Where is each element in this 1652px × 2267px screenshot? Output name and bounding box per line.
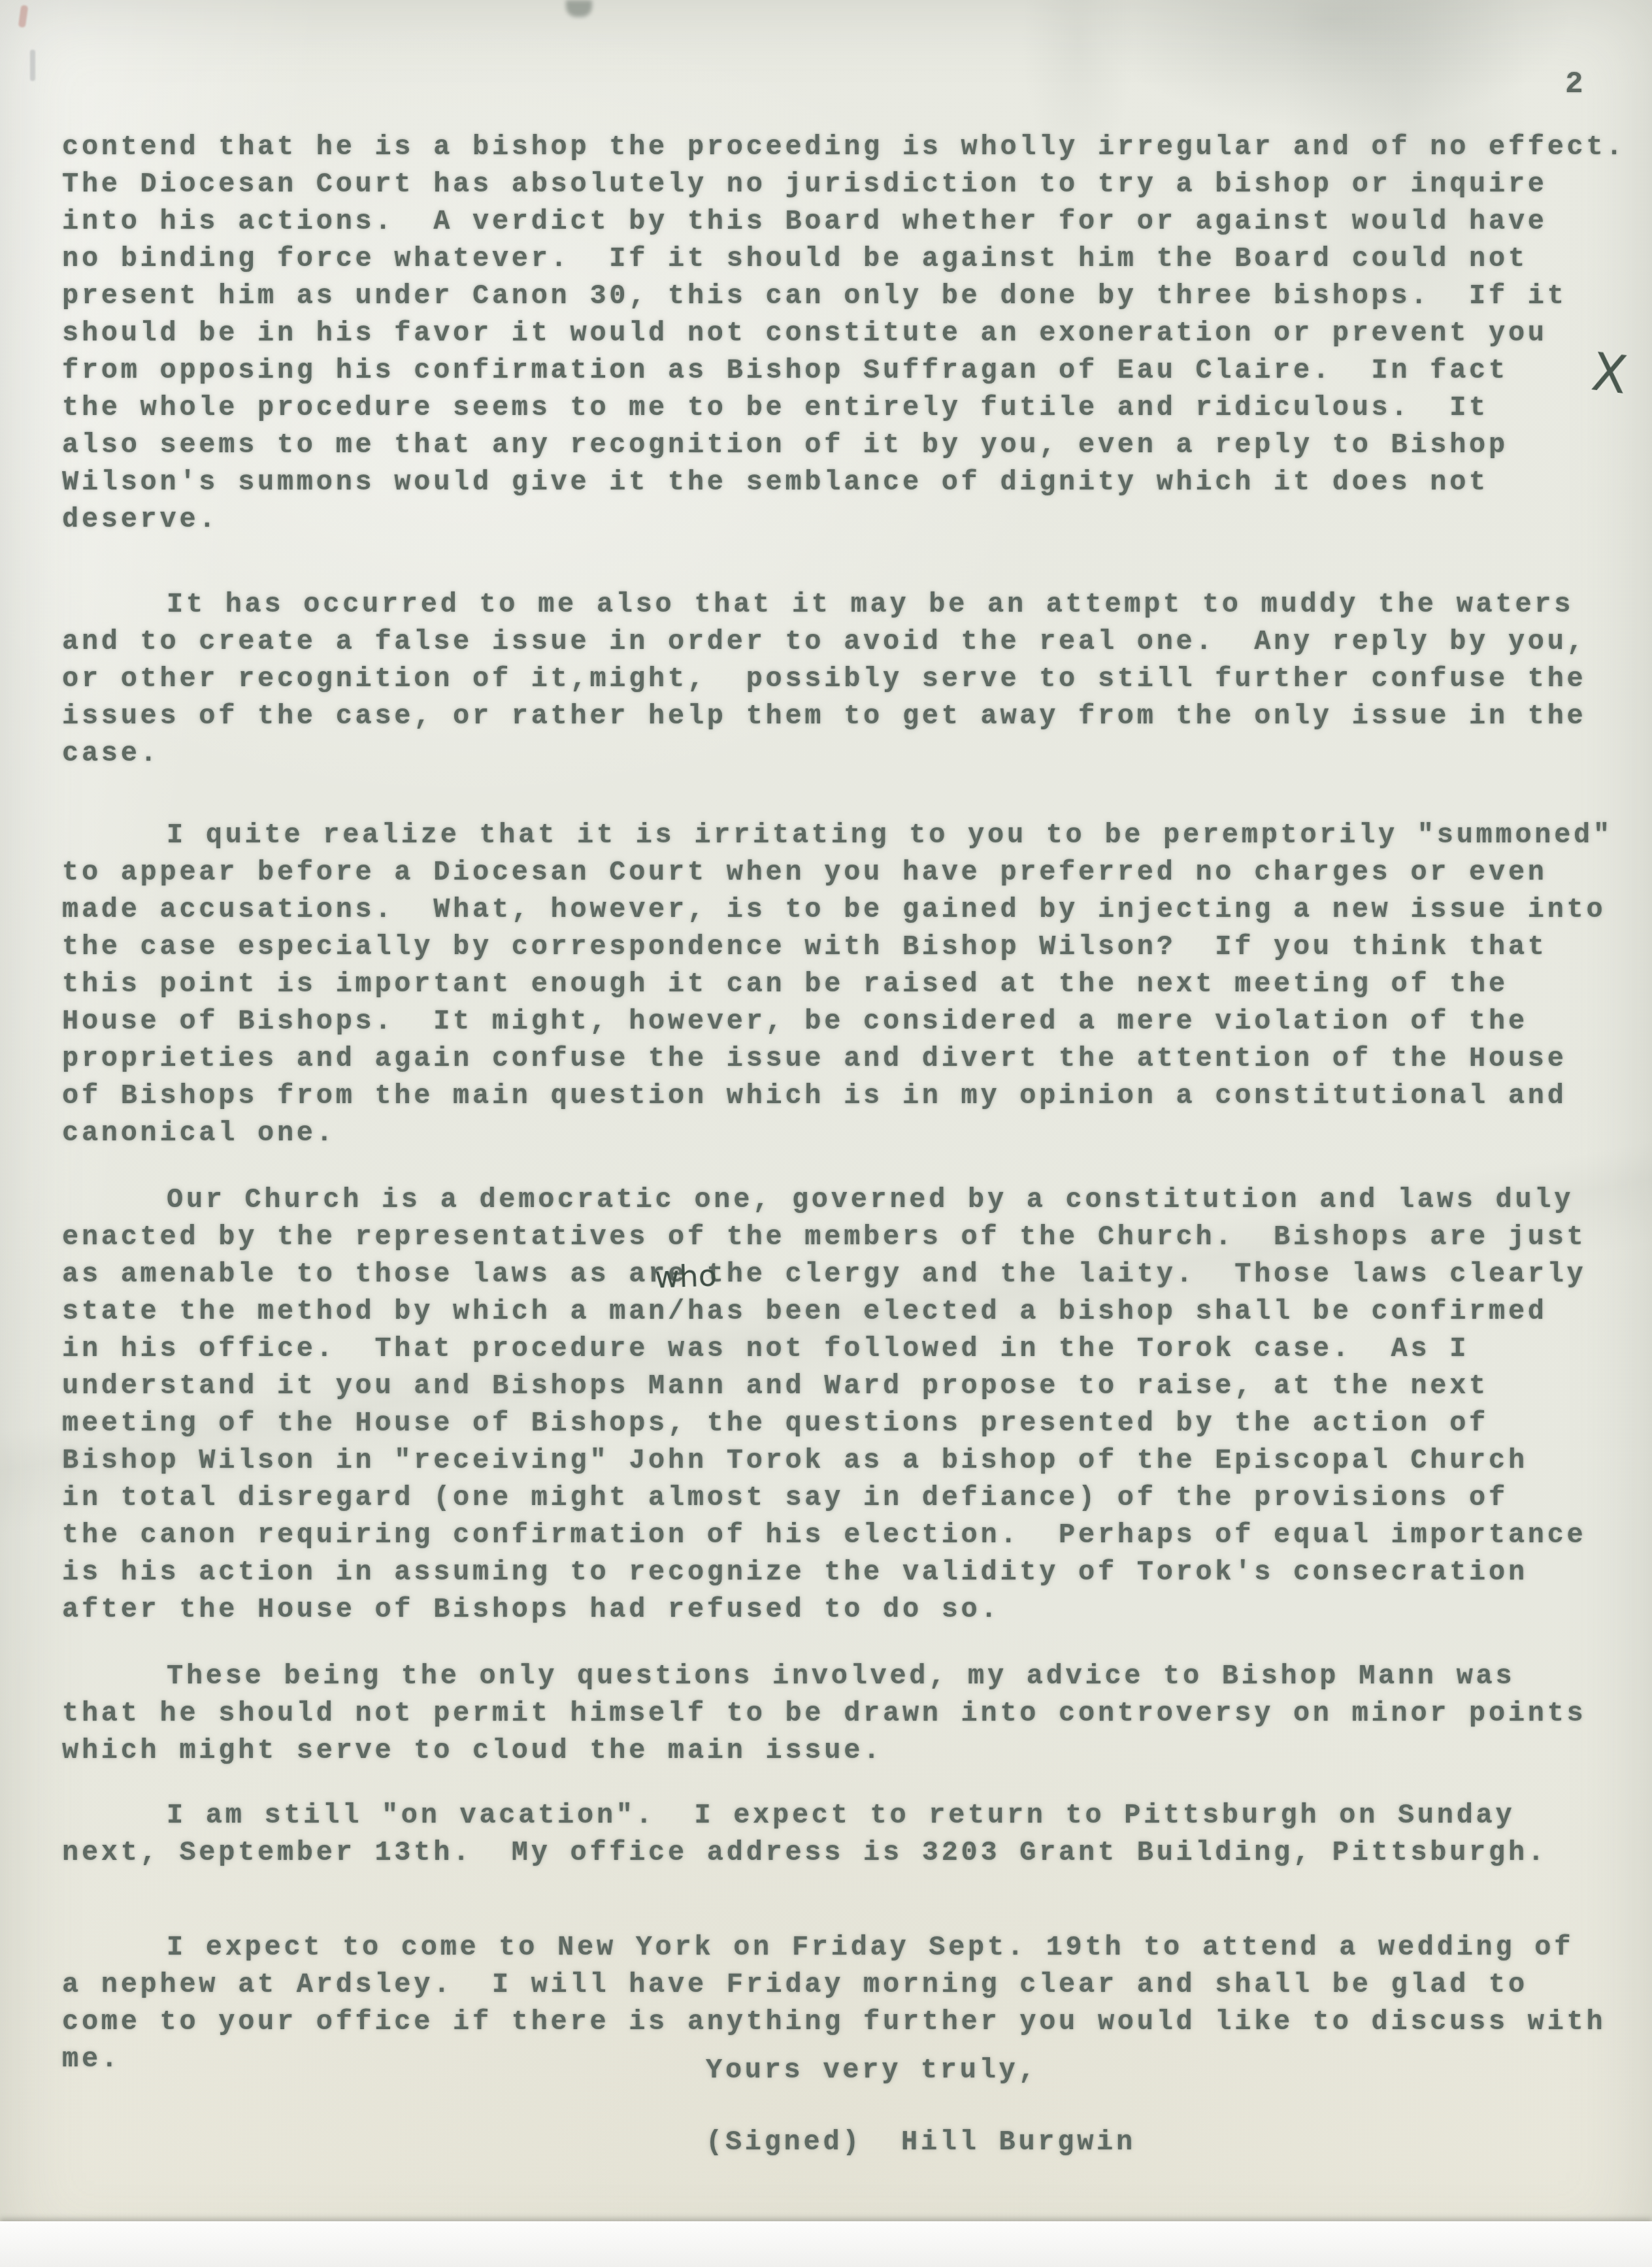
page-number: 2 [1565, 67, 1583, 101]
closing-line: Yours very truly, [706, 2052, 1294, 2089]
margin-x-mark: X [1589, 342, 1630, 406]
paragraph-1: contend that he is a bishop the proceedi… [62, 129, 1630, 538]
scanner-bed-strip [0, 2221, 1652, 2267]
paragraph-2: It has occurred to me also that it may b… [62, 586, 1630, 772]
paragraph-6: I am still "on vacation". I expect to re… [62, 1797, 1630, 1872]
paragraph-5: These being the only questions involved,… [62, 1658, 1630, 1770]
paper-sheet: 2 contend that he is a bishop the procee… [0, 0, 1652, 2267]
inserted-word-who: who [654, 1257, 718, 1295]
scanned-letter-page: 2 contend that he is a bishop the procee… [0, 0, 1652, 2267]
paragraph-4: Our Church is a democratic one, governed… [62, 1182, 1630, 1629]
paragraph-3: I quite realize that it is irritating to… [62, 817, 1630, 1152]
signature-line: (Signed) Hill Burgwin [706, 2124, 1425, 2161]
staple-mark [30, 50, 35, 81]
red-pencil-mark [18, 5, 29, 27]
ink-smudge [566, 0, 592, 17]
